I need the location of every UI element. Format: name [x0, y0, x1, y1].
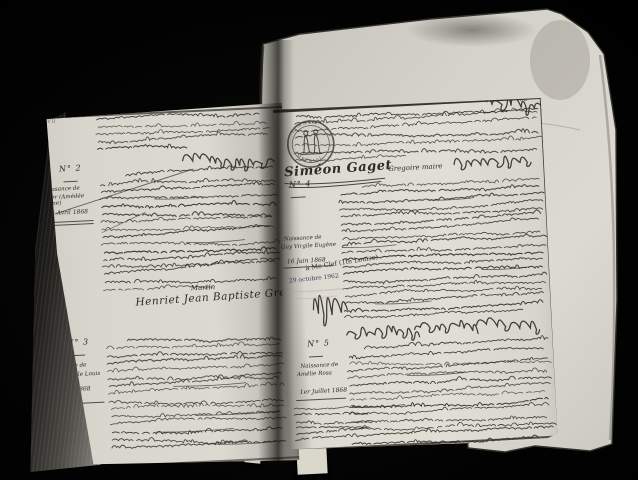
register-photo: Vu N° 2 Naissance de Perrier (Amédée Eug… [0, 0, 638, 480]
right-page: 32 TIMBRE IMPERIAL [273, 96, 561, 454]
record4-number: N° 4 [289, 180, 312, 190]
paper-tab-large [296, 447, 327, 475]
record5-number: N° 5 [307, 339, 330, 349]
record2-number: N° 2 [59, 164, 82, 173]
